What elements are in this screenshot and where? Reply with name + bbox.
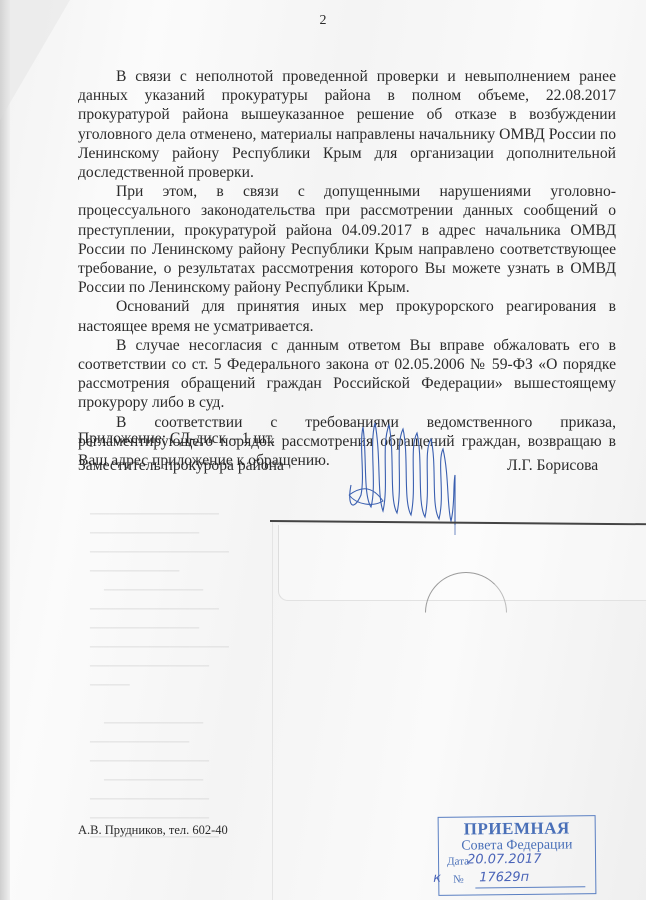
bleed-through-text: ───────────── ─────────── ──────────────…	[90, 505, 260, 847]
paragraph: В связи с неполнотой проведенной проверк…	[78, 67, 616, 182]
executor-contact: А.В. Прудников, тел. 602-40	[78, 823, 228, 838]
signer-title: Заместитель прокурора района	[78, 457, 284, 475]
stamp-number-value: 17629п	[479, 870, 529, 886]
stamp-underline	[475, 886, 585, 888]
scanned-letter-page: 2 В связи с неполнотой проведенной прове…	[0, 0, 646, 900]
paragraph: Оснований для принятия иных мер прокурор…	[78, 297, 616, 335]
letter-body: В связи с неполнотой проведенной проверк…	[78, 67, 616, 470]
handwritten-signature	[343, 415, 468, 537]
envelope-thumb-cutout	[425, 572, 507, 653]
page-shadow-edge	[0, 0, 10, 900]
stamp-date-label: Дата	[447, 856, 469, 868]
stamp-number-label: №	[453, 874, 464, 886]
page-number: 2	[0, 13, 646, 29]
appendix-note: Приложение: СД-диск – 1 шт.	[78, 430, 275, 448]
stamp-date-value: 20.07.2017	[467, 852, 542, 868]
registration-stamp: ПРИЕМНАЯ Совета Федерации Дата 20.07.201…	[438, 815, 597, 896]
paragraph: При этом, в связи с допущенными нарушени…	[78, 182, 616, 297]
paper-fold-line	[272, 522, 273, 900]
paragraph: В случае несогласия с данным ответом Вы …	[78, 336, 616, 413]
signer-name: Л.Г. Борисова	[507, 457, 598, 475]
stamp-number-prefix: к	[433, 871, 441, 886]
